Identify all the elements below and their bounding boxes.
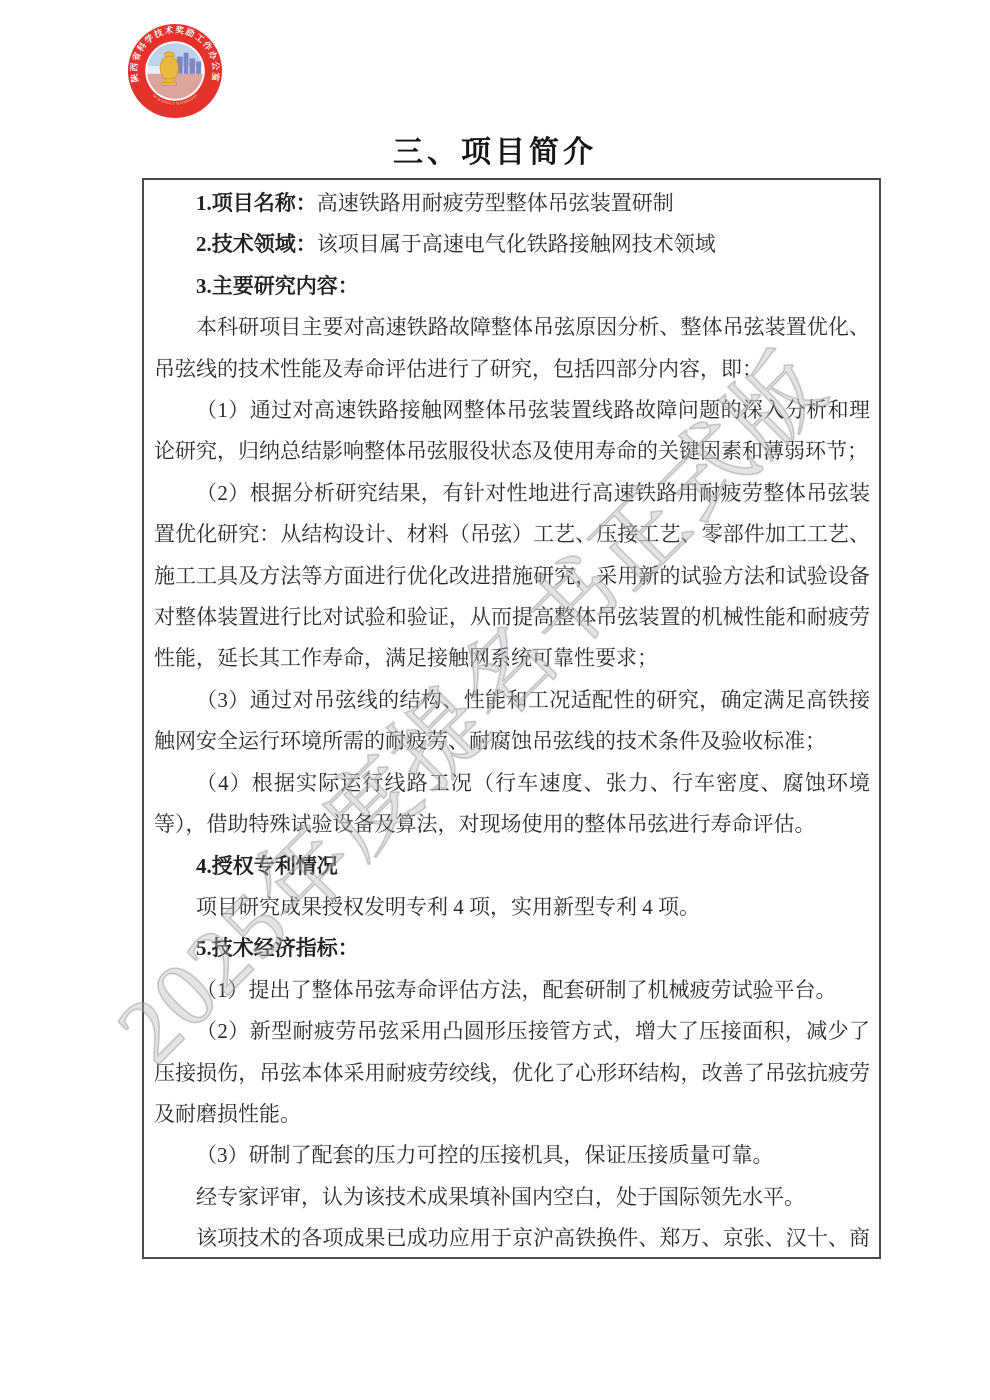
paragraph: 项目研究成果授权发明专利 4 项，实用新型专利 4 项。 bbox=[154, 887, 870, 928]
paragraph-research-heading: 3.主要研究内容： bbox=[154, 266, 870, 307]
seal-inner-scene bbox=[147, 43, 203, 99]
paragraph-text: （1）提出了整体吊弦寿命评估方法，配套研制了机械疲劳试验平台。 bbox=[196, 978, 837, 1002]
paragraph-text: 本科研项目主要对高速铁路故障整体吊弦原因分析、整体吊弦装置优化、吊弦线的技术性能… bbox=[154, 315, 870, 380]
paragraph-label: 2.技术领域： bbox=[196, 232, 317, 256]
paragraph-text: （3）研制了配套的压力可控的压接机具，保证压接质量可靠。 bbox=[196, 1143, 774, 1167]
paragraph-tech-field: 2.技术领域：该项目属于高速电气化铁路接触网技术领域 bbox=[154, 224, 870, 265]
document-page: 陕西省科学技术奖励工作办公室 OF SCIENCE & TECHNOLOGY 三… bbox=[0, 0, 990, 1400]
paragraph-patent-heading: 4.授权专利情况 bbox=[154, 846, 870, 887]
paragraph-label: 4.授权专利情况 bbox=[196, 854, 338, 878]
paragraph-text: 该项技术的各项成果已成功应用于京沪高铁换件、郑万、京张、汉十、商合杭、 bbox=[154, 1226, 870, 1259]
paragraph-text: 该项目属于高速电气化铁路接触网技术领域 bbox=[317, 232, 716, 256]
paragraph-text: （4）根据实际运行线路工况（行车速度、张力、行车密度、腐蚀环境等），借助特殊试验… bbox=[154, 771, 870, 836]
paragraph-text: 高速铁路用耐疲劳型整体吊弦装置研制 bbox=[317, 191, 674, 215]
paragraph-label: 1.项目名称： bbox=[196, 191, 317, 215]
project-intro-box: 1.项目名称：高速铁路用耐疲劳型整体吊弦装置研制 2.技术领域：该项目属于高速电… bbox=[142, 178, 881, 1259]
paragraph: 本科研项目主要对高速铁路故障整体吊弦原因分析、整体吊弦装置优化、吊弦线的技术性能… bbox=[154, 307, 870, 390]
paragraph: 经专家评审，认为该技术成果填补国内空白，处于国际领先水平。 bbox=[154, 1177, 870, 1218]
page-title: 三、项目简介 bbox=[0, 127, 990, 171]
paragraph-text: 经专家评审，认为该技术成果填补国内空白，处于国际领先水平。 bbox=[196, 1185, 805, 1209]
paragraph-label: 5.技术经济指标： bbox=[196, 936, 359, 960]
paragraph: （2）根据分析研究结果，有针对性地进行高速铁路用耐疲劳整体吊弦装置优化研究：从结… bbox=[154, 473, 870, 680]
paragraph: 该项技术的各项成果已成功应用于京沪高铁换件、郑万、京张、汉十、商合杭、 bbox=[154, 1218, 870, 1259]
paragraph: （3）通过对吊弦线的结构、性能和工况适配性的研究，确定满足高铁接触网安全运行环境… bbox=[154, 680, 870, 763]
paragraph-indicator-heading: 5.技术经济指标： bbox=[154, 928, 870, 969]
award-office-seal-icon: 陕西省科学技术奖励工作办公室 OF SCIENCE & TECHNOLOGY bbox=[127, 23, 223, 119]
paragraph-project-name: 1.项目名称：高速铁路用耐疲劳型整体吊弦装置研制 bbox=[154, 183, 870, 224]
paragraph: （3）研制了配套的压力可控的压接机具，保证压接质量可靠。 bbox=[154, 1135, 870, 1176]
paragraph-label: 3.主要研究内容： bbox=[196, 274, 359, 298]
paragraph: （4）根据实际运行线路工况（行车速度、张力、行车密度、腐蚀环境等），借助特殊试验… bbox=[154, 763, 870, 846]
paragraph: （1）提出了整体吊弦寿命评估方法，配套研制了机械疲劳试验平台。 bbox=[154, 970, 870, 1011]
paragraph-text: （1）通过对高速铁路接触网整体吊弦装置线路故障问题的深入分析和理论研究，归纳总结… bbox=[154, 398, 870, 463]
paragraph-text: 项目研究成果授权发明专利 4 项，实用新型专利 4 项。 bbox=[196, 895, 700, 919]
paragraph: （2）新型耐疲劳吊弦采用凸圆形压接管方式，增大了压接面积，减少了压接损伤，吊弦本… bbox=[154, 1011, 870, 1135]
paragraph: （1）通过对高速铁路接触网整体吊弦装置线路故障问题的深入分析和理论研究，归纳总结… bbox=[154, 390, 870, 473]
paragraph-text: （2）新型耐疲劳吊弦采用凸圆形压接管方式，增大了压接面积，减少了压接损伤，吊弦本… bbox=[154, 1019, 870, 1126]
paragraph-text: （3）通过对吊弦线的结构、性能和工况适配性的研究，确定满足高铁接触网安全运行环境… bbox=[154, 688, 870, 753]
paragraph-text: （2）根据分析研究结果，有针对性地进行高速铁路用耐疲劳整体吊弦装置优化研究：从结… bbox=[154, 481, 870, 671]
